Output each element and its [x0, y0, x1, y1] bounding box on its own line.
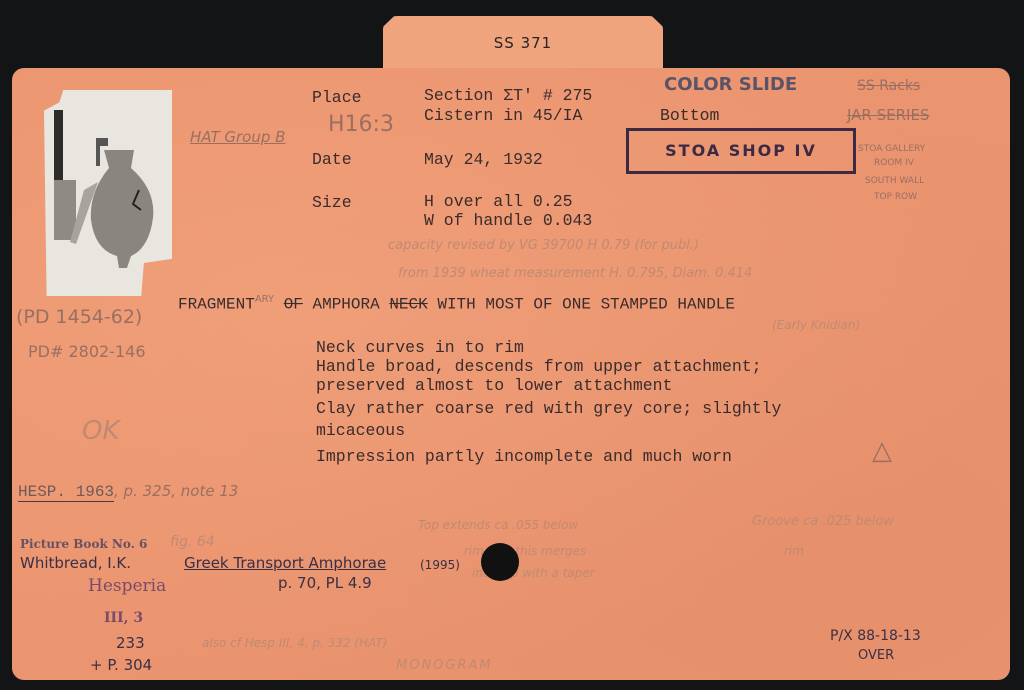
ok-mark: OK [82, 416, 120, 446]
title-struck-of: OF [284, 295, 303, 313]
place-extra: Bottom [660, 106, 719, 125]
place-line-1: Section ΣΤ' # 275 [424, 86, 592, 105]
storage-struck-1: SS Racks [857, 78, 920, 94]
catalog-number: SS 371 [383, 34, 663, 52]
faint-note-4: Groove ca .025 below [752, 514, 894, 529]
hesperia-extra-page: + P. 304 [90, 656, 152, 674]
title-struck-neck: NECK [389, 295, 427, 313]
hesperia-1963-reference: HESP. 1963, p. 325, note 13 [18, 482, 238, 501]
catalog-card: Place Section ΣΤ' # 275 Cistern in 45/IA… [12, 68, 1010, 680]
location-stamp: STOA SHOP IV [626, 128, 856, 174]
size-line-1: H over all 0.25 [424, 192, 573, 211]
color-slide-stamp: COLOR SLIDE [664, 74, 797, 95]
hesperia-volume: III, 3 [104, 610, 143, 626]
description-line-1: Neck curves in to rim [316, 338, 524, 357]
early-note: (Early Knidian) [772, 318, 860, 332]
monogram-note: MONOGRAM [396, 658, 493, 673]
title-insert: ARY [255, 294, 274, 305]
triangle-mark: △ [872, 436, 892, 466]
whitbread-author: Whitbread, I.K. [20, 554, 131, 572]
picture-book-fig: fig. 64 [170, 534, 215, 550]
date-value: May 24, 1932 [424, 150, 543, 169]
title-word-amphora: AMPHORA [313, 295, 380, 313]
amphora-photo [44, 90, 172, 296]
hesp-typed: HESP. 1963 [18, 483, 114, 502]
description-line-3: preserved almost to lower attachment [316, 376, 672, 395]
faint-note-5: rim [784, 544, 804, 558]
capacity-note-1: capacity revised by VG 39700 H 0.79 (for… [388, 238, 699, 253]
faint-note-1: Top extends ca .055 below [418, 518, 578, 532]
storage-line-1: STOA GALLERY [858, 144, 925, 154]
description-line-4: Clay rather coarse red with grey core; s… [316, 399, 781, 418]
picture-book: Picture Book No. 6 [20, 537, 147, 551]
punch-hole [481, 543, 519, 581]
whitbread-year: (1995) [420, 558, 460, 572]
place-line-2: Cistern in 45/IA [424, 106, 582, 125]
whitbread-pages: p. 70, PL 4.9 [278, 574, 372, 592]
title-word-fragment: FRAGMENT [178, 295, 255, 313]
pd-number-1: (PD 1454-62) [16, 306, 142, 328]
hesperia-page: 233 [116, 634, 145, 652]
over-note: OVER [858, 648, 894, 663]
description-line-5: micaceous [316, 421, 405, 440]
description-line-6: Impression partly incomplete and much wo… [316, 447, 732, 466]
hesperia-stamp: Hesperia [88, 576, 166, 596]
grid-reference: H16:3 [328, 112, 394, 137]
object-title: FRAGMENTARY OF AMPHORA NECK WITH MOST OF… [178, 294, 735, 313]
description-line-2: Handle broad, descends from upper attach… [316, 357, 762, 376]
size-line-2: W of handle 0.043 [424, 211, 592, 230]
storage-line-2: ROOM IV [874, 158, 914, 168]
storage-line-4: TOP ROW [874, 192, 917, 202]
also-cf-note: also cf Hesp III, 4, p. 332 (HAT) [202, 636, 387, 650]
size-label: Size [312, 193, 352, 212]
storage-struck-2: JAR SERIES [847, 106, 929, 124]
pix-number: P/X 88-18-13 [830, 628, 921, 644]
amphora-image-icon [44, 90, 172, 296]
place-label: Place [312, 88, 362, 107]
card-tab: SS 371 [383, 16, 663, 76]
whitbread-title: Greek Transport Amphorae [184, 554, 386, 572]
group-note: HAT Group B [190, 128, 285, 146]
title-rest: WITH MOST OF ONE STAMPED HANDLE [437, 295, 735, 313]
capacity-note-2: from 1939 wheat measurement H. 0.795, Di… [398, 266, 752, 281]
hesp-handwritten: , p. 325, note 13 [114, 482, 238, 500]
pd-number-2: PD# 2802-146 [28, 342, 146, 361]
date-label: Date [312, 150, 352, 169]
storage-line-3: SOUTH WALL [865, 176, 924, 186]
